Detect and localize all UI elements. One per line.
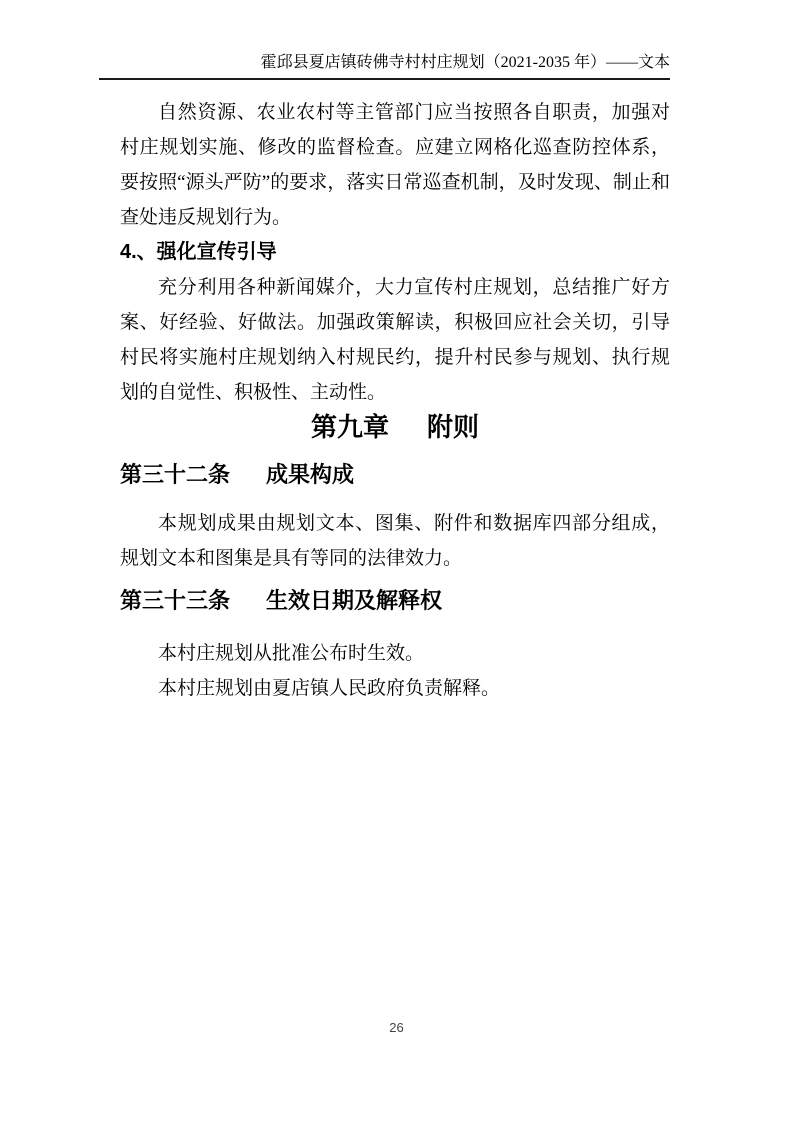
- document-content: 自然资源、农业农村等主管部门应当按照各自职责，加强对村庄规划实施、修改的监督检查…: [120, 95, 670, 706]
- para-supervision: 自然资源、农业农村等主管部门应当按照各自职责，加强对村庄规划实施、修改的监督检查…: [120, 95, 670, 235]
- para-results: 本规划成果由规划文本、图集、附件和数据库四部分组成，规划文本和图集是具有等同的法…: [120, 506, 670, 576]
- chapter-number: 第九章: [311, 412, 389, 442]
- article-33-title: 生效日期及解释权: [266, 588, 442, 613]
- header-title: 霍邱县夏店镇砖佛寺村村庄规划（2021-2035 年）——文本: [261, 54, 670, 71]
- article-33-number: 第三十三条: [120, 588, 230, 613]
- chapter-heading: 第九章附则: [120, 410, 670, 444]
- article-32-number: 第三十二条: [120, 462, 230, 487]
- document-page: 霍邱县夏店镇砖佛寺村村庄规划（2021-2035 年）——文本 自然资源、农业农…: [0, 0, 793, 1122]
- article-33-heading: 第三十三条生效日期及解释权: [120, 586, 670, 616]
- chapter-title: 附则: [427, 412, 479, 442]
- article-32-heading: 第三十二条成果构成: [120, 460, 670, 490]
- article-32-title: 成果构成: [266, 462, 354, 487]
- page-number: 26: [0, 1020, 793, 1035]
- para-effective: 本村庄规划从批准公布时生效。: [120, 636, 670, 671]
- para-publicity: 充分利用各种新闻媒介，大力宣传村庄规划，总结推广好方案、好经验、好做法。加强政策…: [120, 270, 670, 410]
- para-interpretation: 本村庄规划由夏店镇人民政府负责解释。: [120, 671, 670, 706]
- heading-publicity: 4.、强化宣传引导: [120, 235, 670, 270]
- page-header: 霍邱县夏店镇砖佛寺村村庄规划（2021-2035 年）——文本: [99, 53, 670, 80]
